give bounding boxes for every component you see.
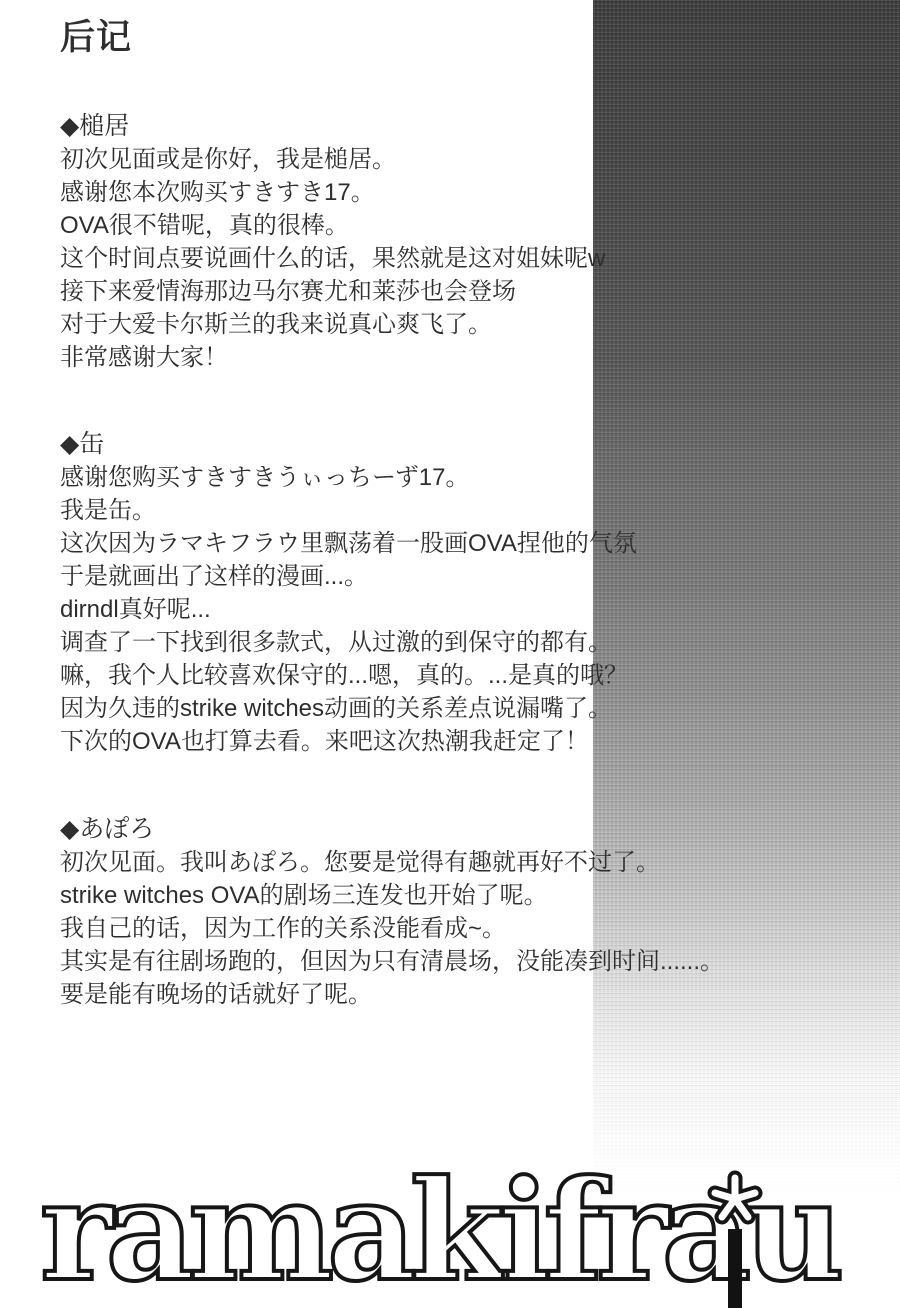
afterword-content: 后记 ◆槌居 初次见面或是你好，我是槌居。 感谢您本次购买すきすき17。 OVA… <box>60 0 700 1011</box>
afterword-line: strike witches OVA的剧场三连发也开始了呢。 <box>60 879 700 912</box>
author-heading: ◆あぽろ <box>60 813 700 846</box>
section-kan: ◆缶 感谢您购买すきすきうぃっちーず17。 我是缶。 这次因为ラマキフラウ里飘荡… <box>60 428 700 758</box>
afterword-line: 于是就画出了这样的漫画...。 <box>60 560 700 593</box>
section-tsuchii: ◆槌居 初次见面或是你好，我是槌居。 感谢您本次购买すきすき17。 OVA很不错… <box>60 110 700 374</box>
afterword-line: 这个时间点要说画什么的话，果然就是这对姐妹呢w <box>60 242 700 275</box>
afterword-line: 对于大爱卡尔斯兰的我来说真心爽飞了。 <box>60 308 700 341</box>
section-aporo: ◆あぽろ 初次见面。我叫あぽろ。您要是觉得有趣就再好不过了。 strike wi… <box>60 813 700 1011</box>
afterword-line: 初次见面或是你好，我是槌居。 <box>60 143 700 176</box>
afterword-line: 调查了一下找到很多款式，从过激的到保守的都有。 <box>60 626 700 659</box>
afterword-line: 要是能有晚场的话就好了呢。 <box>60 978 700 1011</box>
afterword-line: 嘛，我个人比较喜欢保守的...嗯，真的。...是真的哦？ <box>60 659 700 692</box>
afterword-line: 非常感谢大家！ <box>60 341 700 374</box>
page-title: 后记 <box>60 0 700 60</box>
afterword-line: 我自己的话，因为工作的关系没能看成~。 <box>60 912 700 945</box>
afterword-line: 其实是有往剧场跑的，但因为只有清晨场，没能凑到时间......。 <box>60 945 700 978</box>
afterword-line: 因为久违的strike witches动画的关系差点说漏嘴了。 <box>60 692 700 725</box>
afterword-line: 感谢您购买すきすきうぃっちーず17。 <box>60 461 700 494</box>
afterword-line: 这次因为ラマキフラウ里飘荡着一股画OVA捏他的气氛 <box>60 527 700 560</box>
asterisk-icon <box>706 1168 764 1232</box>
vertical-bar <box>728 1229 742 1308</box>
afterword-line: dirndl真好呢... <box>60 593 700 626</box>
afterword-line: 接下来爱情海那边马尔赛尤和莱莎也会登场 <box>60 275 700 308</box>
afterword-line: OVA很不错呢，真的很棒。 <box>60 209 700 242</box>
author-heading: ◆缶 <box>60 428 700 461</box>
afterword-line: 感谢您本次购买すきすき17。 <box>60 176 700 209</box>
author-heading: ◆槌居 <box>60 110 700 143</box>
afterword-line: 初次见面。我叫あぽろ。您要是觉得有趣就再好不过了。 <box>60 846 700 879</box>
afterword-line: 下次的OVA也打算去看。来吧这次热潮我赶定了！ <box>60 725 700 758</box>
afterword-line: 我是缶。 <box>60 494 700 527</box>
